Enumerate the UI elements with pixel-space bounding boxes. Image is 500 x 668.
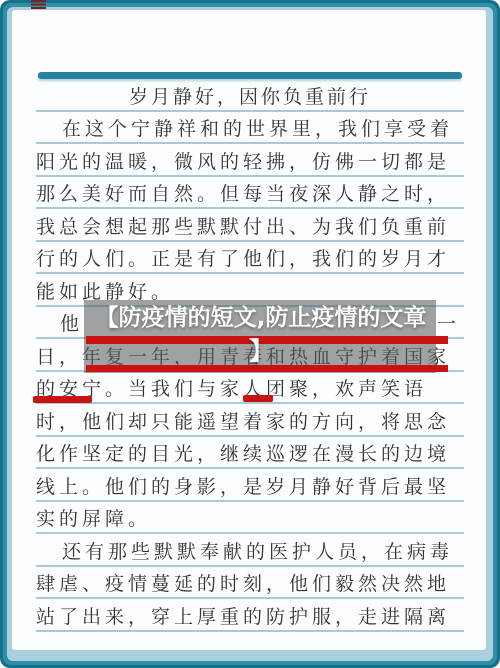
caption-overlay-title: 【防疫情的短文,防止疫情的文章 [84,301,438,335]
corner-mark-icon [31,0,46,9]
text-line-content: 时，他们却只能遥望着家的方向，将思念 [36,407,450,434]
text-line-content: 阳光的温暖，微风的轻拂，仿佛一切都是 [36,147,450,174]
text-line: 我总会想起那些默默付出、为我们负重前 [36,209,464,242]
caption-overlay-title-bracket: 】 [84,334,438,368]
text-line: 肆虐、疫情蔓延的时刻，他们毅然决然地 [36,567,464,600]
text-line-content: 在这个宁静祥和的世界里，我们享受着 [62,114,453,141]
text-line: 那么美好而自然。但每当夜深人静之时， [36,177,464,210]
title-rule-line [38,72,462,79]
text-line: 时，他们却只能遥望着家的方向，将思念 [36,404,464,437]
text-line-visible-prefix: 他 [60,309,83,336]
text-line-content: 站了出来，穿上厚重的防护服，走进隔离 [36,602,450,629]
text-line-content: 还有那些默默奉献的医护人员，在病毒 [62,537,453,564]
text-line: 行的人们。正是有了他们，我们的岁月才 [36,242,464,275]
text-line: 在这个宁静祥和的世界里，我们享受着 [36,112,464,145]
text-line-content: 那么美好而自然。但每当夜深人静之时， [36,179,450,206]
text-line-content: 我总会想起那些默默付出、为我们负重前 [36,212,450,239]
text-line: 站了出来，穿上厚重的防护服，走进隔离 [36,599,464,632]
article-title: 岁月静好，因你负重前行 [36,79,464,112]
text-line-content: 的安宁。当我们与家人团聚，欢声笑语 [36,374,427,401]
red-underline-segment [243,395,273,402]
text-line: 线上。他们的身影，是岁月静好背后最坚 [36,469,464,502]
text-line-content: 实的屏障。 [36,504,151,531]
text-line: 实的屏障。 [36,502,464,535]
text-line: 还有那些默默奉献的医护人员，在病毒 [36,534,464,567]
text-line-content: 行的人们。正是有了他们，我们的岁月才 [36,244,450,271]
text-line-content: 肆虐、疫情蔓延的时刻，他们毅然决然地 [36,569,450,596]
text-line: 阳光的温暖，微风的轻拂，仿佛一切都是 [36,144,464,177]
text-line-content: 线上。他们的身影，是岁月静好背后最坚 [36,472,450,499]
red-underline-segment [33,396,92,403]
article-title-text: 岁月静好，因你负重前行 [129,82,371,109]
text-line-visible-suffix: 一 [437,309,460,336]
text-line-content: 化作坚定的目光，继续巡逻在漫长的边境 [36,439,450,466]
text-line: 化作坚定的目光，继续巡逻在漫长的边境 [36,437,464,470]
